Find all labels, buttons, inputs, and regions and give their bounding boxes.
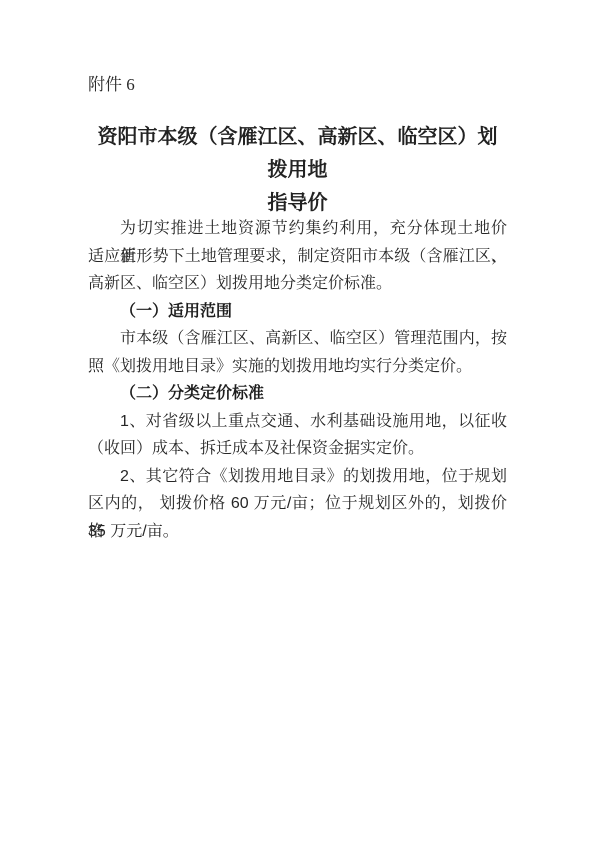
body-heading-line: （一）适用范围 <box>88 298 507 326</box>
document-title: 资阳市本级（含雁江区、高新区、临空区）划拨用地 指导价 <box>88 121 507 220</box>
body-line: 照《划拨用地目录》实施的划拨用地均实行分类定价。 <box>88 353 507 381</box>
body-line: 35 万元/亩。 <box>88 518 507 546</box>
body-line: 1、对省级以上重点交通、水利基础设施用地，以征收 <box>88 408 507 436</box>
attachment-label: 附件 6 <box>88 74 135 96</box>
document-body: 为切实推进土地资源节约集约利用，充分体现土地价值，适应新形势下土地管理要求，制定… <box>88 215 507 545</box>
body-line: （收回）成本、拆迁成本及社保资金据实定价。 <box>88 435 507 463</box>
body-line: 2、其它符合《划拨用地目录》的划拨用地，位于规划 <box>88 463 507 491</box>
body-line: 区内的， 划拨价格 60 万元/亩；位于规划区外的，划拨价格 <box>88 490 507 518</box>
body-line: 适应新形势下土地管理要求，制定资阳市本级（含雁江区、 <box>88 243 507 271</box>
title-line-1: 资阳市本级（含雁江区、高新区、临空区）划拨用地 <box>88 121 507 187</box>
body-line: 为切实推进土地资源节约集约利用，充分体现土地价值， <box>88 215 507 243</box>
body-line: 高新区、临空区）划拨用地分类定价标准。 <box>88 270 507 298</box>
document-page: 附件 6 资阳市本级（含雁江区、高新区、临空区）划拨用地 指导价 为切实推进土地… <box>0 0 595 841</box>
body-line: 市本级（含雁江区、高新区、临空区）管理范围内，按 <box>88 325 507 353</box>
body-heading-line: （二）分类定价标准 <box>88 380 507 408</box>
